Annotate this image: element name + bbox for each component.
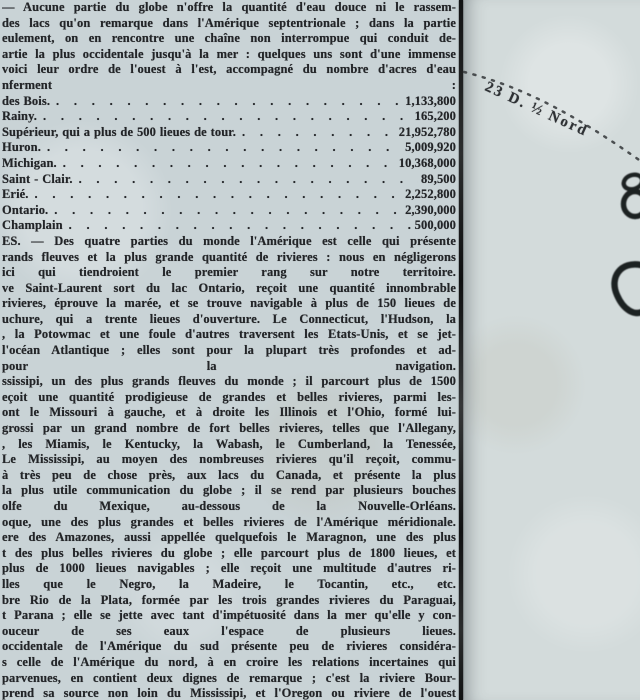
text-line-content: t Parana ; elle se jette avec tant d'imp… — [2, 608, 456, 622]
lake-name: Erié. — [2, 187, 29, 203]
text-line-content: occidentale de l'Amérique du sud présent… — [2, 639, 456, 653]
lake-row: Champlain500,000 — [2, 218, 456, 234]
text-line: pour la navigation. — [2, 359, 456, 375]
dot-leader — [79, 172, 418, 188]
dot-leader — [47, 140, 402, 156]
lake-name: Huron. — [2, 140, 41, 156]
text-line-content: plus de 1000 lieues navigables ; elle re… — [2, 561, 456, 575]
lake-row: Michigan.10,368,000 — [2, 156, 456, 172]
text-line-content: ssissipi, un des plus grands fleuves du … — [2, 374, 456, 388]
text-line: parvenues, en contient deux dignes de re… — [2, 671, 456, 687]
text-line: — Aucune partie du globe n'offre la quan… — [2, 0, 456, 16]
text-line: ES. — Des quatre parties du monde l'Amér… — [2, 234, 456, 250]
text-line-content: des lacs qu'on remarque dans l'Amérique … — [2, 16, 456, 30]
lake-name: Rainy. — [2, 109, 37, 125]
text-line: artie la plus occidentale jusqu'à la mer… — [2, 47, 456, 63]
lake-row: Supérieur, qui a plus de 500 lieues de t… — [2, 125, 456, 141]
text-line-content: Le Mississipi, au moyen des nombreuses r… — [2, 452, 456, 466]
text-line-content: , les Miamis, le Kentucky, la Wabash, le… — [2, 437, 456, 451]
text-line: grossi par un grand nombre de fort belle… — [2, 421, 456, 437]
text-line: ouceur de ses eaux l'espace de plusieurs… — [2, 624, 456, 640]
page-edge-rule — [459, 0, 463, 700]
text-line: t des plus belles rivieres du globe ; el… — [2, 546, 456, 562]
dot-leader — [69, 218, 412, 234]
text-line-content: olfe du Mexique, au-dessous de la Nouvel… — [2, 499, 456, 513]
text-line: occidentale de l'Amérique du sud présent… — [2, 639, 456, 655]
text-line: t Parana ; elle se jette avec tant d'imp… — [2, 608, 456, 624]
dot-leader — [63, 156, 396, 172]
text-line: ont le Missouri à gauche, et à droite le… — [2, 405, 456, 421]
text-line-content: nferment : — [2, 78, 456, 92]
text-line: oque, une des plus grandes et belles riv… — [2, 515, 456, 531]
text-line: eulement, on en rencontre une chaîne non… — [2, 31, 456, 47]
text-line: à très peu de chose près, aux lacs du Ca… — [2, 468, 456, 484]
text-line: rivieres, éprouve la marée, et se trouve… — [2, 296, 456, 312]
lake-row: Rainy.165,200 — [2, 109, 456, 125]
lake-row: Ontario.2,390,000 — [2, 203, 456, 219]
text-line-content: lles que le Negro, la Madeire, le Tocant… — [2, 577, 456, 591]
dot-leader — [242, 125, 396, 141]
text-line-content: s celle de l'Amérique du nord, à en croi… — [2, 655, 456, 669]
lake-acres: 5,009,920 — [405, 140, 456, 156]
text-line-content: ere des Amazones, aussi appellée quelque… — [2, 530, 456, 544]
lake-acres: 1,133,800 — [405, 94, 456, 110]
text-line-content: bre Rio de la Plata, formée par les troi… — [2, 593, 456, 607]
lake-acres: 2,252,800 — [405, 187, 456, 203]
text-line: eçoit une quantité prodigieuse de grande… — [2, 390, 456, 406]
text-line-content: eçoit une quantité prodigieuse de grande… — [2, 390, 456, 404]
text-line-content: , la Potowmac et une foule d'autres trav… — [2, 327, 456, 341]
text-line: , les Miamis, le Kentucky, la Wabash, le… — [2, 437, 456, 453]
text-line-content: ont le Missouri à gauche, et à droite le… — [2, 405, 456, 419]
lake-acres: 89,500 — [421, 172, 456, 188]
dot-leader — [56, 94, 402, 110]
text-line: Le Mississipi, au moyen des nombreuses r… — [2, 452, 456, 468]
map-plate-paper — [463, 0, 640, 700]
text-line: ere des Amazones, aussi appellée quelque… — [2, 530, 456, 546]
text-line: ve Saint-Laurent sort du lac Ontario, re… — [2, 281, 456, 297]
text-line-content: la plus utile communication du globe ; i… — [2, 483, 456, 497]
text-line-content: — Aucune partie du globe n'offre la quan… — [2, 0, 456, 14]
text-line-content: voici leur ordre de l'ouest à l'est, acc… — [2, 62, 456, 76]
text-line: uchure, qui a trente lieues d'ouverture.… — [2, 312, 456, 328]
text-line-content: grossi par un grand nombre de fort belle… — [2, 421, 456, 435]
dot-leader — [54, 203, 402, 219]
text-line-content: t des plus belles rivieres du globe ; el… — [2, 546, 456, 560]
text-column: — Aucune partie du globe n'offre la quan… — [0, 0, 458, 700]
lake-acres: 10,368,000 — [399, 156, 456, 172]
text-line-content: rands fleuves et la plus grande quantité… — [2, 250, 456, 264]
text-line: voici leur ordre de l'ouest à l'est, acc… — [2, 62, 456, 78]
text-line: la plus utile communication du globe ; i… — [2, 483, 456, 499]
lake-name: Champlain — [2, 218, 63, 234]
lake-name: des Bois. — [2, 94, 50, 110]
text-line-content: ES. — Des quatre parties du monde l'Amér… — [2, 234, 456, 248]
text-line: l'océan Atlantique ; elles sont pour la … — [2, 343, 456, 359]
lake-acres: 2,390,000 — [405, 203, 456, 219]
text-line-content: à très peu de chose près, aux lacs du Ca… — [2, 468, 456, 482]
text-line-content: eulement, on en rencontre une chaîne non… — [2, 31, 456, 45]
lake-name: Michigan. — [2, 156, 57, 172]
text-line: ssissipi, un des plus grands fleuves du … — [2, 374, 456, 390]
text-line: lles que le Negro, la Madeire, le Tocant… — [2, 577, 456, 593]
text-line: bre Rio de la Plata, formée par les troi… — [2, 593, 456, 609]
text-line-content: ve Saint-Laurent sort du lac Ontario, re… — [2, 281, 456, 295]
lake-row: Erié.2,252,800 — [2, 187, 456, 203]
lake-row: Saint - Clair.89,500 — [2, 172, 456, 188]
text-line: nferment : — [2, 78, 456, 94]
text-line-content: rivieres, éprouve la marée, et se trouve… — [2, 296, 456, 310]
lake-row: Huron.5,009,920 — [2, 140, 456, 156]
text-line: ici qui tiendroient le premier rang sur … — [2, 265, 456, 281]
dot-leader — [43, 109, 412, 125]
lake-acres: 500,000 — [415, 218, 456, 234]
text-line: rands fleuves et la plus grande quantité… — [2, 250, 456, 266]
text-line: prend sa source non loin du Mississipi, … — [2, 686, 456, 700]
lake-row: des Bois.1,133,800 — [2, 94, 456, 110]
text-line: s celle de l'Amérique du nord, à en croi… — [2, 655, 456, 671]
lake-name: Supérieur, qui a plus de 500 lieues de t… — [2, 125, 236, 141]
text-line: olfe du Mexique, au-dessous de la Nouvel… — [2, 499, 456, 515]
text-line: , la Potowmac et une foule d'autres trav… — [2, 327, 456, 343]
scanned-book-spread: — Aucune partie du globe n'offre la quan… — [0, 0, 640, 700]
text-line-content: l'océan Atlantique ; elles sont pour la … — [2, 343, 456, 357]
text-line-content: uchure, qui a trente lieues d'ouverture.… — [2, 312, 456, 326]
dot-leader — [35, 187, 403, 203]
lake-name: Saint - Clair. — [2, 172, 73, 188]
text-line-content: parvenues, en contient deux dignes de re… — [2, 671, 456, 685]
text-line-content: oque, une des plus grandes et belles riv… — [2, 515, 456, 529]
text-line-content: prend sa source non loin du Mississipi, … — [2, 686, 456, 700]
text-line-content: pour la navigation. — [2, 359, 456, 373]
text-line-content: ouceur de ses eaux l'espace de plusieurs… — [2, 624, 456, 638]
text-line: plus de 1000 lieues navigables ; elle re… — [2, 561, 456, 577]
text-line-content: ici qui tiendroient le premier rang sur … — [2, 265, 456, 279]
lake-acres: 21,952,780 — [399, 125, 456, 141]
text-line: des lacs qu'on remarque dans l'Amérique … — [2, 16, 456, 32]
text-line-content: artie la plus occidentale jusqu'à la mer… — [2, 47, 456, 61]
lake-acres: 165,200 — [415, 109, 456, 125]
lake-name: Ontario. — [2, 203, 48, 219]
